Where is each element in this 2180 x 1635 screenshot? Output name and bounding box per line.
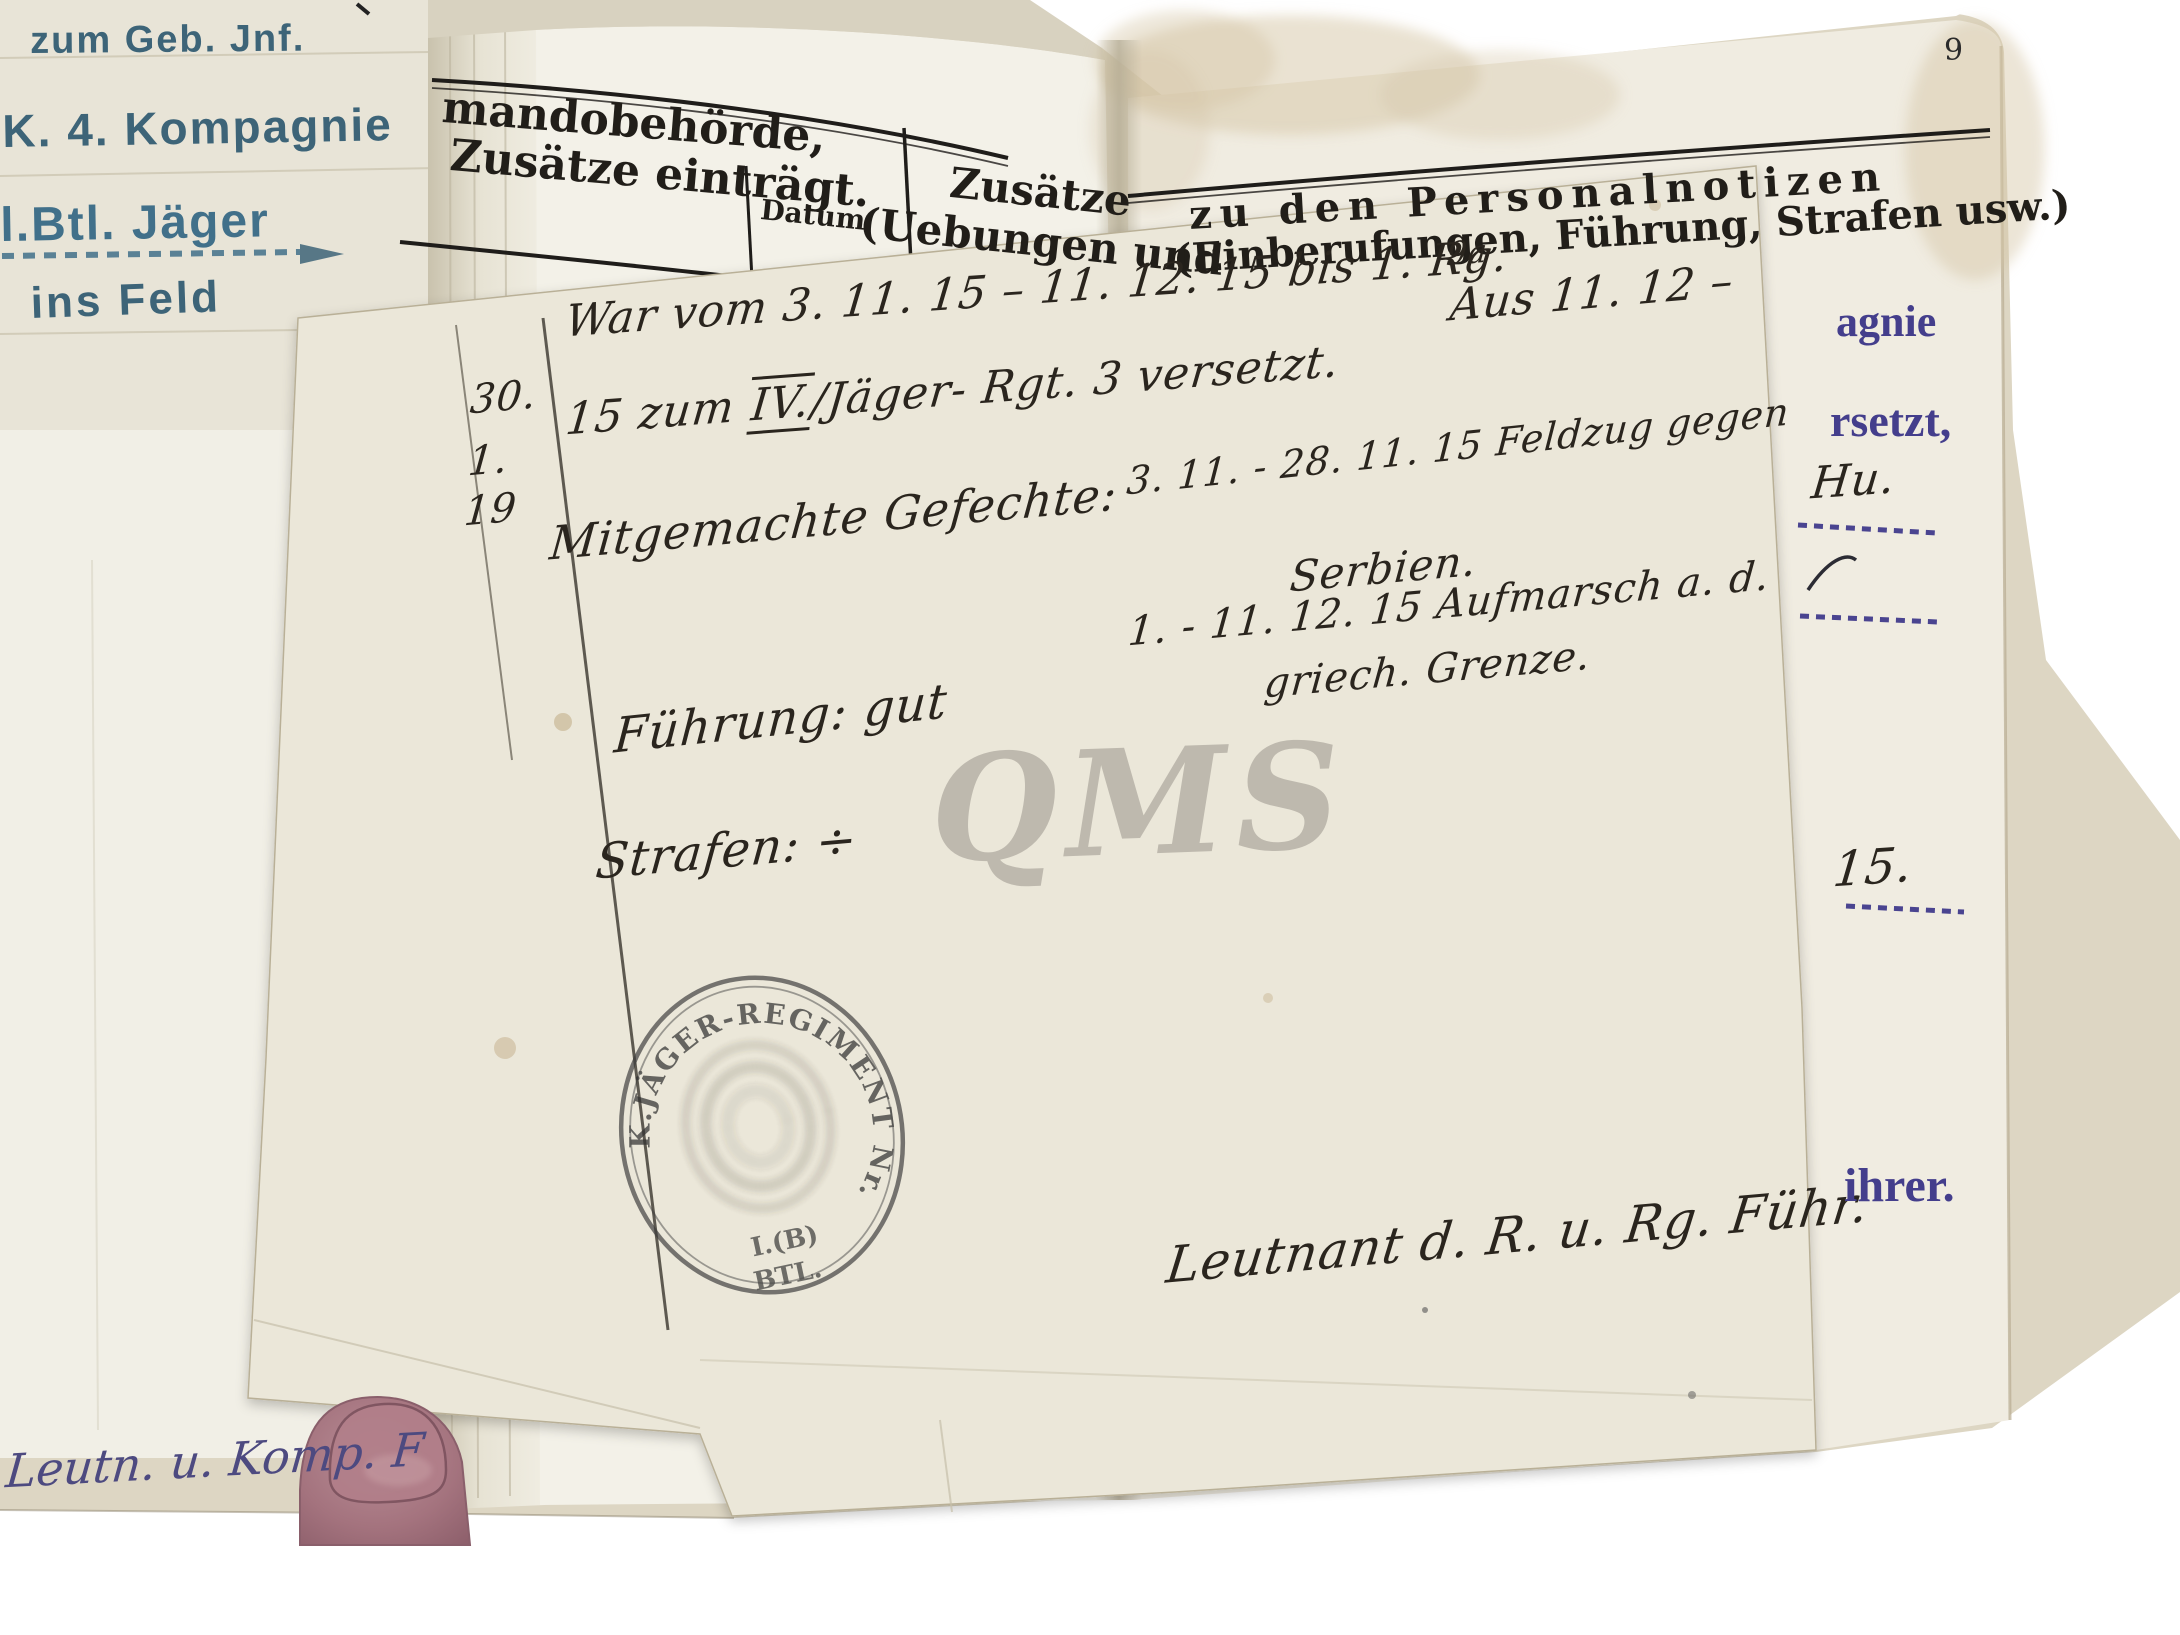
photo-of-military-passbook: K.JÄGER-REGIMENT Nr.3. I.(B) BTL. zum Ge… xyxy=(0,0,2180,1635)
stamp-text-kompagnie: K. 4. Kompagnie xyxy=(2,101,393,154)
stamp-text-zum-geb-inf: zum Geb. Jnf. xyxy=(30,20,305,60)
page-number: 9 xyxy=(1944,36,1963,66)
date-year: 19 xyxy=(462,487,518,532)
fragment-hu: Hu. xyxy=(1809,456,1897,506)
stamp-text-ins-feld: ins Feld xyxy=(30,275,222,326)
stamp-text-btl-jaeger: l.Btl. Jäger xyxy=(0,197,270,250)
qms-watermark: QMS xyxy=(928,723,1351,884)
fragment-agnie: agnie xyxy=(1836,300,1936,344)
fragment-rsetzt: rsetzt, xyxy=(1830,398,1951,444)
fragment-ihrer: ihrer. xyxy=(1844,1162,1955,1210)
fragment-15: 15. xyxy=(1831,840,1915,894)
date-day: 30. xyxy=(468,374,538,420)
entry-ref-mark: 9a xyxy=(1445,234,1489,270)
entry-line2-roman-iv: IV. xyxy=(747,372,815,434)
date-month: 1. xyxy=(466,438,510,482)
